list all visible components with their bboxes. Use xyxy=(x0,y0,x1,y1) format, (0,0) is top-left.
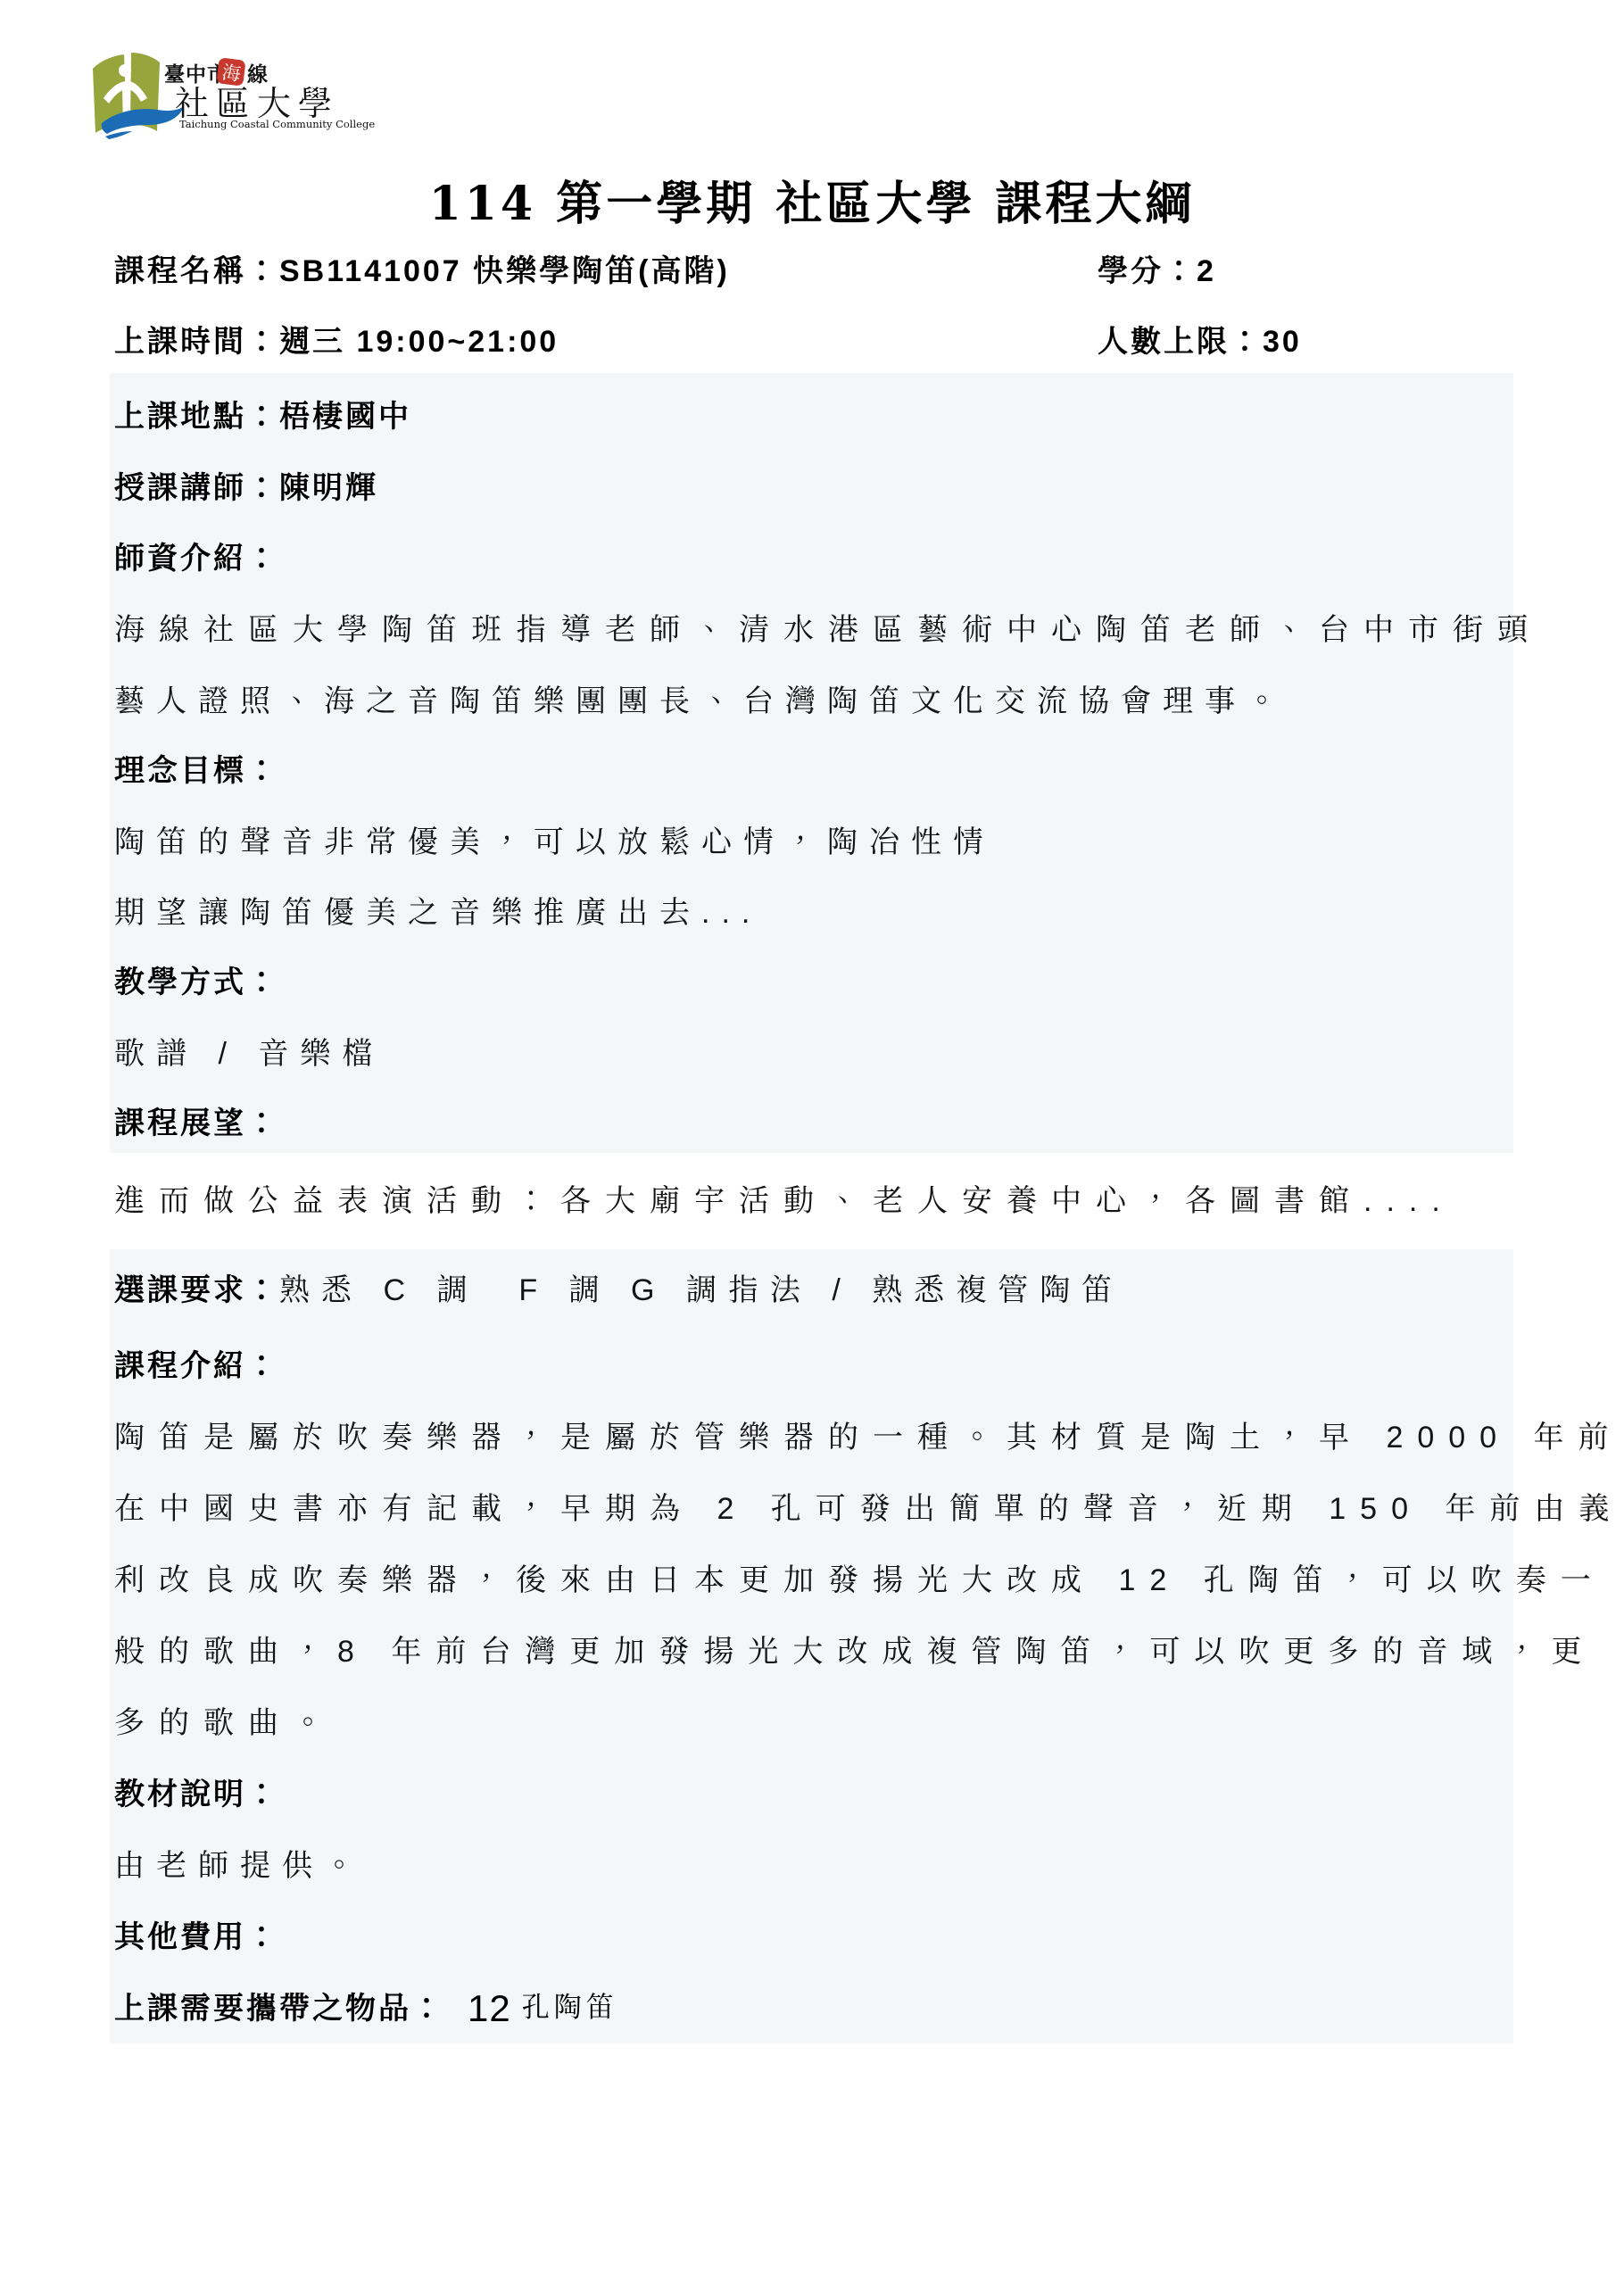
requirement-label: 選課要求： xyxy=(114,1275,279,1305)
outlook-label-row: 課程展望： xyxy=(114,1088,279,1158)
method-text: 歌譜 / 音樂檔 xyxy=(114,1039,384,1069)
intro-line-3: 利改良成吹奏樂器，後來由日本更加發揚光大改成 12 孔陶笛，可以吹奏一 xyxy=(114,1545,1605,1615)
teacher-intro-text-2: 藝人證照、海之音陶笛樂團團長、台灣陶笛文化交流協會理事。 xyxy=(114,686,1288,717)
goal-text-1: 陶笛的聲音非常優美，可以放鬆心情，陶冶性情 xyxy=(114,827,995,858)
method-label: 教學方式： xyxy=(114,967,279,998)
logo-seal-char: 海 xyxy=(220,62,242,85)
method-text-row: 歌譜 / 音樂檔 xyxy=(114,1018,384,1089)
intro-text-4: 般的歌曲，8 年前台灣更加發揚光大改成複管陶笛，可以吹更多的音域，更 xyxy=(114,1637,1595,1667)
teacher-intro-line-2: 藝人證照、海之音陶笛樂團團長、台灣陶笛文化交流協會理事。 xyxy=(114,666,1288,736)
logo-line-text: 線 xyxy=(246,62,268,86)
fees-label: 其他費用： xyxy=(114,1922,279,1952)
syllabus-page: { "logo": { "city": "臺中市", "sea": "海", "… xyxy=(0,0,1624,2296)
class-time-row: 上課時間：週三 19:00~21:00 xyxy=(114,306,559,377)
intro-line-1: 陶笛是屬於吹奏樂器，是屬於管樂器的一種。其材質是陶土，早 2000 年前 xyxy=(114,1402,1623,1472)
logo-english-text: Taichung Coastal Community College xyxy=(179,118,375,130)
logo-seal: 海 xyxy=(216,57,245,86)
instructor-row: 授課講師：陳明輝 xyxy=(114,452,378,523)
teacher-intro-line-1: 海線社區大學陶笛班指導老師、清水港區藝術中心陶笛老師、台中市街頭 xyxy=(114,594,1542,665)
goal-line-2: 期望讓陶笛優美之音樂推廣出去... xyxy=(114,877,761,948)
requirement-text: 熟悉 C 調 F 調 G 調指法 / 熟悉複管陶笛 xyxy=(279,1275,1123,1305)
outlook-label: 課程展望： xyxy=(114,1108,279,1139)
intro-text-5: 多的歌曲。 xyxy=(114,1708,337,1738)
credits: 學分：2 xyxy=(1098,256,1216,286)
intro-label-row: 課程介紹： xyxy=(114,1330,279,1401)
outlook-text-row: 進而做公益表演活動：各大廟宇活動、老人安養中心，各圖書館.... xyxy=(114,1165,1454,1236)
fees-label-row: 其他費用： xyxy=(114,1902,279,1972)
intro-text-2: 在中國史書亦有記載，早期為 2 孔可發出簡單的聲音，近期 150 年前由義大 xyxy=(114,1494,1624,1524)
goal-text-2: 期望讓陶笛優美之音樂推廣出去... xyxy=(114,898,761,928)
course-name-row: 課程名稱：SB1141007 快樂學陶笛(高階) xyxy=(114,236,730,306)
material-text: 由老師提供。 xyxy=(114,1851,366,1881)
credits-row: 學分：2 xyxy=(1098,236,1216,306)
bring-items-row: 上課需要攜帶之物品： 12 孔陶笛 xyxy=(114,1973,618,2043)
requirement-row: 選課要求： 熟悉 C 調 F 調 G 調指法 / 熟悉複管陶笛 xyxy=(114,1255,1123,1325)
course-name: 課程名稱：SB1141007 快樂學陶笛(高階) xyxy=(114,256,730,286)
teacher-intro-label: 師資介紹： xyxy=(114,543,279,574)
material-label: 教材說明： xyxy=(114,1779,279,1810)
material-label-row: 教材說明： xyxy=(114,1759,279,1829)
intro-line-4: 般的歌曲，8 年前台灣更加發揚光大改成複管陶笛，可以吹更多的音域，更 xyxy=(114,1616,1595,1687)
intro-line-5: 多的歌曲。 xyxy=(114,1687,337,1758)
school-logo: 臺中市 海 線 社區大學 Taichung Coastal Community … xyxy=(87,45,382,152)
capacity: 人數上限：30 xyxy=(1098,327,1302,357)
class-location-row: 上課地點：梧棲國中 xyxy=(114,381,411,452)
intro-text-1: 陶笛是屬於吹奏樂器，是屬於管樂器的一種。其材質是陶土，早 2000 年前 xyxy=(114,1422,1623,1453)
intro-line-2: 在中國史書亦有記載，早期為 2 孔可發出簡單的聲音，近期 150 年前由義大 xyxy=(114,1473,1624,1544)
teacher-intro-label-row: 師資介紹： xyxy=(114,523,279,593)
outlook-text: 進而做公益表演活動：各大廟宇活動、老人安養中心，各圖書館.... xyxy=(114,1186,1454,1216)
bring-number: 12 xyxy=(468,1990,511,2027)
instructor: 授課講師：陳明輝 xyxy=(114,473,378,503)
bring-item: 孔陶笛 xyxy=(522,1994,618,2022)
capacity-row: 人數上限：30 xyxy=(1098,306,1302,377)
goal-label-row: 理念目標： xyxy=(114,735,279,806)
page-title: 114 第一學期 社區大學 課程大綱 xyxy=(0,166,1624,233)
intro-text-3: 利改良成吹奏樂器，後來由日本更加發揚光大改成 12 孔陶笛，可以吹奏一 xyxy=(114,1565,1605,1596)
class-time: 上課時間：週三 19:00~21:00 xyxy=(114,327,559,357)
bring-label: 上課需要攜帶之物品： xyxy=(114,1993,444,2024)
material-text-row: 由老師提供。 xyxy=(114,1830,366,1901)
goal-line-1: 陶笛的聲音非常優美，可以放鬆心情，陶冶性情 xyxy=(114,807,995,877)
intro-label: 課程介紹： xyxy=(114,1351,279,1381)
class-location: 上課地點：梧棲國中 xyxy=(114,402,411,432)
teacher-intro-text-1: 海線社區大學陶笛班指導老師、清水港區藝術中心陶笛老師、台中市街頭 xyxy=(114,615,1542,645)
method-label-row: 教學方式： xyxy=(114,947,279,1017)
goal-label: 理念目標： xyxy=(114,756,279,786)
